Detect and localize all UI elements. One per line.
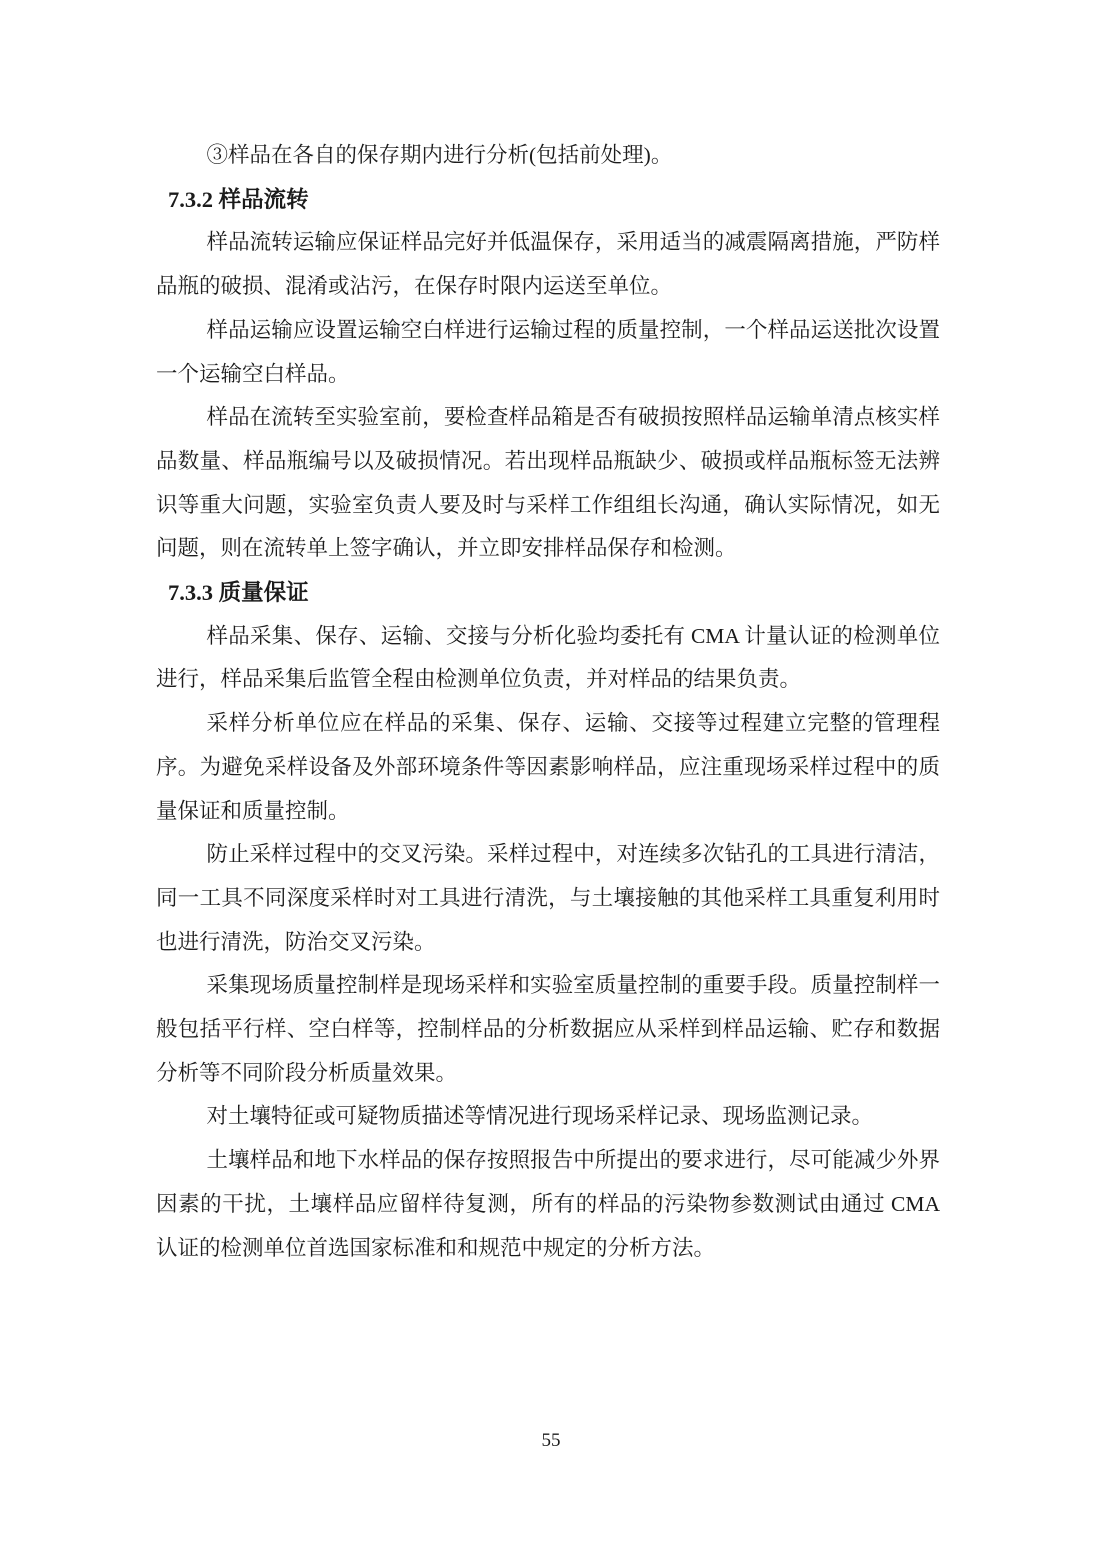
body-paragraph: 样品运输应设置运输空白样进行运输过程的质量控制，一个样品运送批次设置一个运输空白… bbox=[156, 309, 940, 396]
document-body: ③样品在各自的保存期内进行分析(包括前处理)。 7.3.2 样品流转 样品流转运… bbox=[156, 134, 940, 1270]
body-paragraph: 采集现场质量控制样是现场采样和实验室质量控制的重要手段。质量控制样一般包括平行样… bbox=[156, 964, 940, 1095]
section-heading-7-3-3: 7.3.3 质量保证 bbox=[156, 571, 940, 615]
body-paragraph: 对土壤特征或可疑物质描述等情况进行现场采样记录、现场监测记录。 bbox=[156, 1095, 940, 1139]
body-paragraph: 样品在流转至实验室前，要检查样品箱是否有破损按照样品运输单清点核实样品数量、样品… bbox=[156, 396, 940, 571]
body-paragraph: 采样分析单位应在样品的采集、保存、运输、交接等过程建立完整的管理程序。为避免采样… bbox=[156, 702, 940, 833]
document-page: ③样品在各自的保存期内进行分析(包括前处理)。 7.3.2 样品流转 样品流转运… bbox=[0, 0, 1102, 1559]
body-paragraph: 样品采集、保存、运输、交接与分析化验均委托有 CMA 计量认证的检测单位进行，样… bbox=[156, 615, 940, 702]
body-paragraph: ③样品在各自的保存期内进行分析(包括前处理)。 bbox=[156, 134, 940, 178]
body-paragraph: 土壤样品和地下水样品的保存按照报告中所提出的要求进行，尽可能减少外界因素的干扰，… bbox=[156, 1139, 940, 1270]
page-number: 55 bbox=[0, 1430, 1102, 1452]
section-heading-7-3-2: 7.3.2 样品流转 bbox=[156, 178, 940, 222]
body-paragraph: 防止采样过程中的交叉污染。采样过程中，对连续多次钻孔的工具进行清洁，同一工具不同… bbox=[156, 833, 940, 964]
body-paragraph: 样品流转运输应保证样品完好并低温保存，采用适当的减震隔离措施，严防样品瓶的破损、… bbox=[156, 221, 940, 308]
